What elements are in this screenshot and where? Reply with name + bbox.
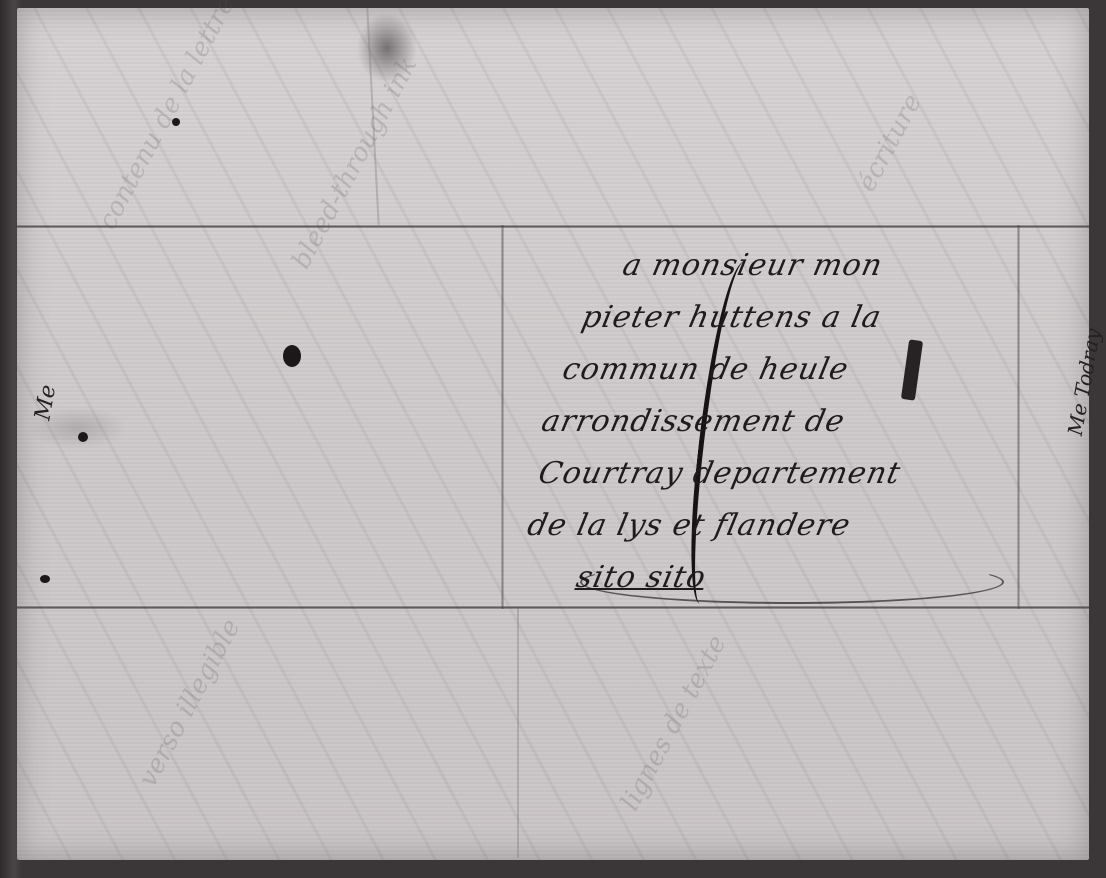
ink-blot: [283, 345, 301, 367]
ink-spot: [172, 118, 180, 126]
address-line: pieter huttens a la: [547, 292, 1018, 344]
ink-spot: [40, 575, 50, 583]
address-line: Courtray departement: [513, 448, 984, 500]
address-line: arrondissement de: [524, 396, 995, 448]
address-line: de la lys et flandere: [502, 500, 973, 552]
fold-line-top: [17, 225, 1089, 228]
ink-spot: [78, 432, 88, 442]
address-block: a monsieur mon pieter huttens a la commu…: [491, 240, 1028, 604]
address-line-urgent: sito sito: [491, 552, 962, 604]
paper-crease: [517, 608, 519, 858]
fold-line-bottom: [17, 606, 1089, 609]
address-line: a monsieur mon: [558, 240, 1029, 292]
address-line: commun de heule: [536, 344, 1007, 396]
